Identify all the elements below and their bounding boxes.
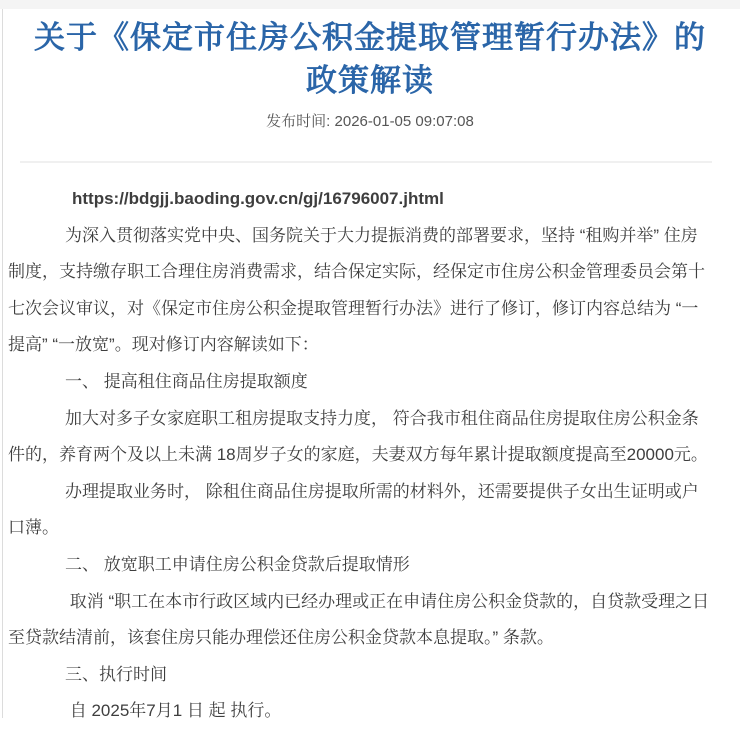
article-paragraph: 加大对多子女家庭职工租房提取支持力度， 符合我市租住商品住房提取住房公积金条件的…: [8, 401, 714, 474]
page-title: 关于《保定市住房公积金提取管理暂行办法》的政策解读: [24, 16, 716, 102]
divider: [20, 161, 712, 163]
article-paragraph: 为深入贯彻落实党中央、国务院关于大力提振消费的部署要求，坚持 “租购并举” 住房…: [8, 218, 714, 364]
article-source-url: https://bdgjj.baoding.gov.cn/gj/16796007…: [8, 181, 714, 218]
article-paragraph: 自 2025年7月1 日 起 执行。: [8, 693, 714, 730]
article-paragraph: 取消 “职工在本市行政区域内已经办理或正在申请住房公积金贷款的，自贷款受理之日至…: [8, 584, 714, 657]
publish-time: 发布时间: 2026-01-05 09:07:08: [0, 110, 740, 131]
publish-time-value: 2026-01-05 09:07:08: [335, 113, 474, 130]
left-edge-line: [2, 9, 3, 718]
article-paragraph: 办理提取业务时， 除租住商品住房提取所需的材料外，还需要提供子女出生证明或户口薄…: [8, 474, 714, 547]
article-paragraph: 二、 放宽职工申请住房公积金贷款后提取情形: [8, 547, 714, 584]
article-paragraph: 三、执行时间: [8, 657, 714, 694]
top-strip: [0, 0, 740, 9]
article-paragraph: 一、 提高租住商品住房提取额度: [8, 364, 714, 401]
article-body: https://bdgjj.baoding.gov.cn/gj/16796007…: [0, 181, 740, 730]
publish-time-label: 发布时间:: [266, 113, 330, 130]
